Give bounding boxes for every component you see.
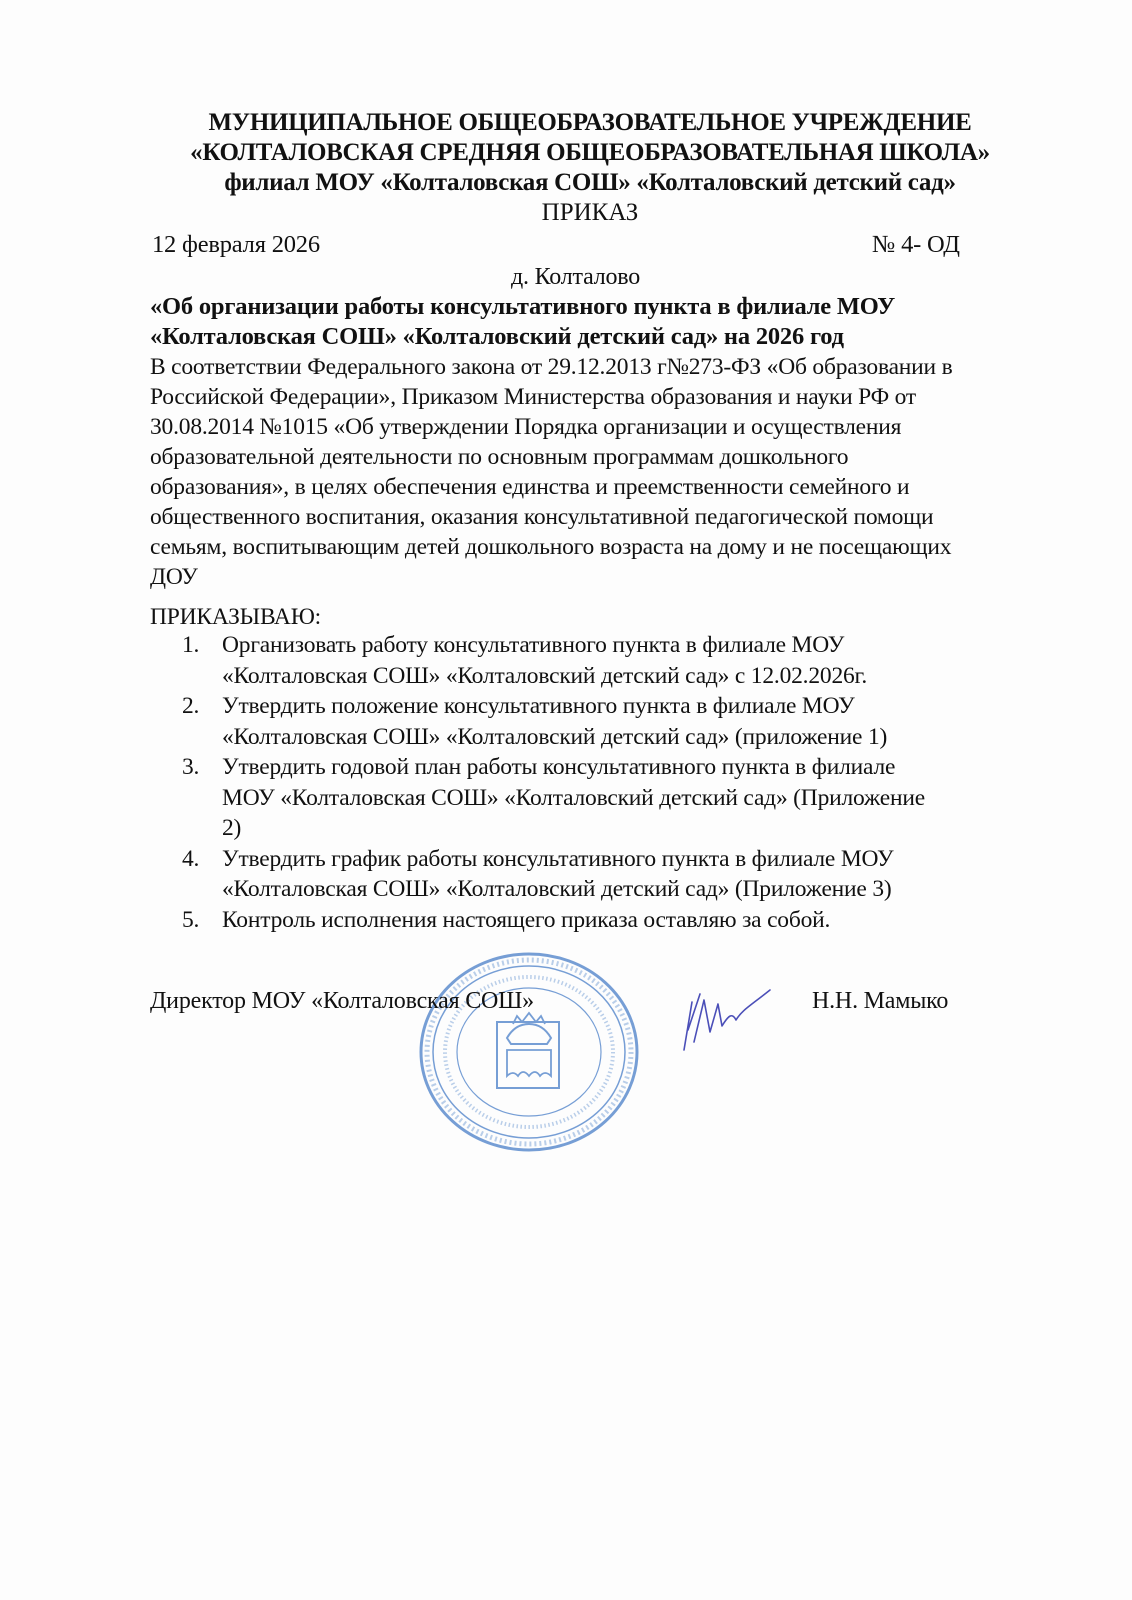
order-item: 3. Утвердить годовой план работы консуль… [182,752,1042,844]
preamble-line: образования», в целях обеспечения единст… [150,472,909,502]
item-line: «Колталовская СОШ» «Колталовский детский… [222,661,1042,692]
item-line: «Колталовская СОШ» «Колталовский детский… [222,874,1042,905]
item-line: Контроль исполнения настоящего приказа о… [222,905,1042,936]
order-item: 4. Утвердить график работы консультативн… [182,844,1042,905]
item-line: «Колталовская СОШ» «Колталовский детский… [222,722,1042,753]
order-heading: ПРИКАЗЫВАЮ: [150,602,321,632]
order-title-line-2: «Колталовская СОШ» «Колталовский детский… [150,322,844,352]
signature-icon [670,980,780,1060]
branch-name: филиал МОУ «Колталовская СОШ» «Колталовс… [150,168,1030,198]
order-items: 1. Организовать работу консультативного … [182,630,1042,935]
item-number: 4. [182,844,199,875]
document-type: ПРИКАЗ [150,198,1030,228]
signatory-name: Н.Н. Мамыко [812,986,948,1016]
preamble-line: 30.08.2014 №1015 «Об утверждении Порядка… [150,412,901,442]
place: д. Колталово [511,262,640,292]
institution-name-line-2: «КОЛТАЛОВСКАЯ СРЕДНЯЯ ОБЩЕОБРАЗОВАТЕЛЬНА… [150,138,1030,168]
item-number: 5. [182,905,199,936]
order-item: 2. Утвердить положение консультативного … [182,691,1042,752]
preamble-line: В соответствии Федерального закона от 29… [150,352,953,382]
item-line: Утвердить годовой план работы консультат… [222,752,1042,783]
item-number: 1. [182,630,199,661]
item-line: МОУ «Колталовская СОШ» «Колталовский дет… [222,783,1042,814]
order-item: 1. Организовать работу консультативного … [182,630,1042,691]
official-stamp-icon [415,950,643,1155]
order-title-line-1: «Об организации работы консультативного … [150,292,895,322]
document-page: МУНИЦИПАЛЬНОЕ ОБЩЕОБРАЗОВАТЕЛЬНОЕ УЧРЕЖД… [0,0,1132,1600]
item-line: 2) [222,813,1042,844]
signatory-position: Директор МОУ «Колталовская СОШ» [150,986,534,1016]
preamble-line: Российской Федерации», Приказом Министер… [150,382,916,412]
preamble-line: семьям, воспитывающим детей дошкольного … [150,532,951,562]
order-date: 12 февраля 2026 [152,230,320,260]
preamble-line: образовательной деятельности по основным… [150,442,848,472]
item-line: Утвердить график работы консультативного… [222,844,1042,875]
order-number: № 4- ОД [872,230,960,260]
order-item: 5. Контроль исполнения настоящего приказ… [182,905,1042,936]
item-line: Утвердить положение консультативного пун… [222,691,1042,722]
preamble-line: ДОУ [150,562,198,592]
institution-name-line-1: МУНИЦИПАЛЬНОЕ ОБЩЕОБРАЗОВАТЕЛЬНОЕ УЧРЕЖД… [150,108,1030,138]
item-number: 2. [182,691,199,722]
preamble-line: общественного воспитания, оказания консу… [150,502,933,532]
item-line: Организовать работу консультативного пун… [222,630,1042,661]
item-number: 3. [182,752,199,783]
